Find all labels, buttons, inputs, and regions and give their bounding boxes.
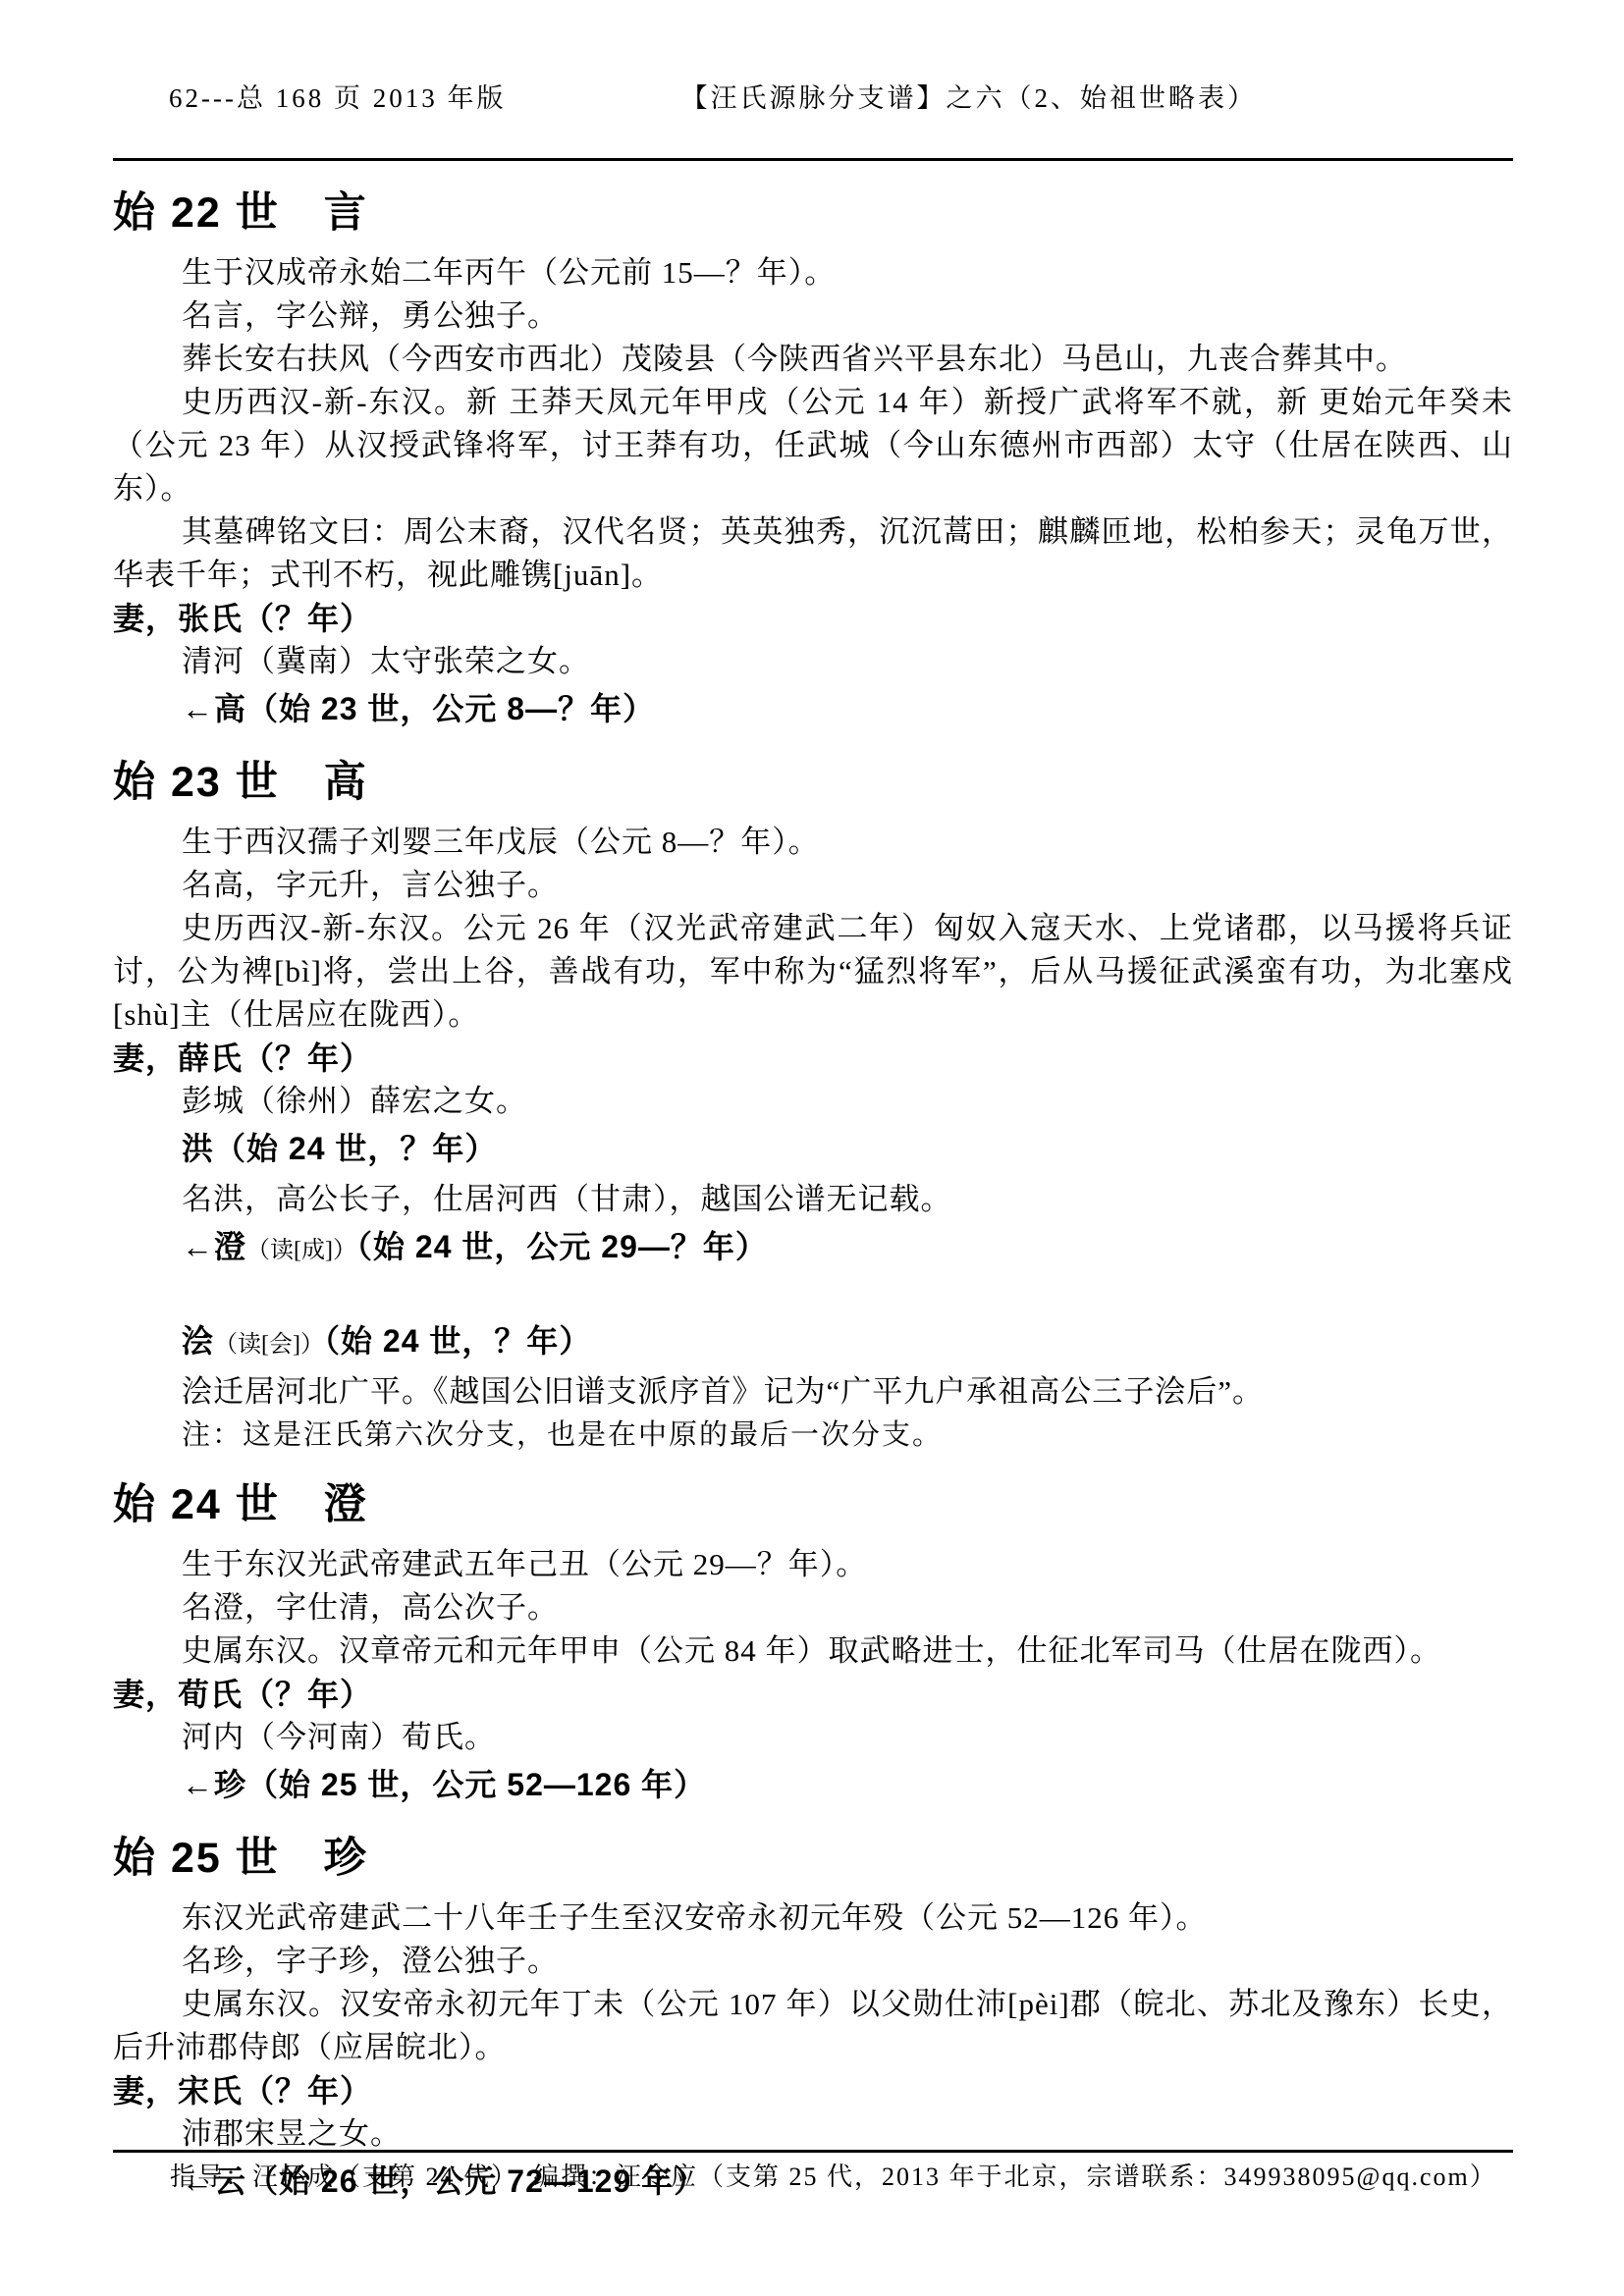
- gen-23-heading: 始 23 世 高: [113, 760, 1513, 805]
- gen-24-heading: 始 24 世 澄: [113, 1482, 1513, 1527]
- gen-24-history-line: 史属东汉。汉章帝元和元年甲申（公元 84 年）取武略进士，仕征北军司马（仕居在陇…: [113, 1629, 1513, 1673]
- gen-25-spouse-heading: 妻，宋氏（？年）: [113, 2069, 1513, 2112]
- gen-24-birth-line: 生于东汉光武帝建武五年己丑（公元 29—？年）。: [113, 1543, 1513, 1586]
- gen-22-heir-line: ←高（始 23 世，公元 8—？年）: [113, 687, 1513, 734]
- gen-24-heir-line: ←珍（始 25 世，公元 52—126 年）: [113, 1763, 1513, 1810]
- gen-23-birth-line: 生于西汉孺子刘婴三年戊辰（公元 8—？年）。: [113, 821, 1513, 864]
- gen-22-history-line: 史历西汉-新-东汉。新 王莽天凤元年甲戌（公元 14 年）新授广武将军不就，新 …: [113, 381, 1513, 510]
- heir-detail: （始 23 世，公元 8—？年）: [246, 691, 655, 726]
- gen-23-heir-cheng-line: ←澄（读[成]）（始 24 世，公元 29—？年）: [113, 1225, 1513, 1272]
- gen-24-spouse-heading: 妻，荀氏（？年）: [113, 1673, 1513, 1716]
- heir-detail: （始 25 世，公元 52—126 年）: [246, 1767, 706, 1802]
- gen-22-birth-line: 生于汉成帝永始二年丙午（公元前 15—？年）。: [113, 251, 1513, 294]
- gen-23-spouse-origin-line: 彭城（徐州）薛宏之女。: [113, 1080, 1513, 1123]
- gen-23-branch-note: 注：这是汪氏第六次分支，也是在中原的最后一次分支。: [113, 1414, 1513, 1457]
- gen-22-burial-line: 葬长安右扶风（今西安市西北）茂陵县（今陕西省兴平县东北）马邑山，九丧合葬其中。: [113, 338, 1513, 381]
- heir-detail: （始 24 世，公元 29—？年）: [356, 1229, 768, 1264]
- gen-25-birth-line: 东汉光武帝建武二十八年壬子生至汉安帝永初元年殁（公元 52—126 年）。: [113, 1896, 1513, 1940]
- gen-22-name-line: 名言，字公辩，勇公独子。: [113, 294, 1513, 338]
- document-title: 【汪氏源脉分支谱】之六（2、始祖世略表）: [680, 83, 1257, 113]
- reading-annotation: （读[会]）: [214, 1332, 324, 1358]
- heir-name: ←高: [182, 691, 246, 726]
- gen-25-history-line: 史属东汉。汉安帝永初元年丁未（公元 107 年）以父勋仕沛[pèi]郡（皖北、苏…: [113, 1983, 1513, 2069]
- gen-25-name-line: 名珍，字子珍，澄公独子。: [113, 1940, 1513, 1983]
- header-rule: [113, 158, 1513, 161]
- section-gen-24: 始 24 世 澄 生于东汉光武帝建武五年己丑（公元 29—？年）。 名澄，字仕清…: [113, 1482, 1513, 1810]
- gen-22-heading: 始 22 世 言: [113, 190, 1513, 236]
- gen-22-spouse-origin-line: 清河（冀南）太守张荣之女。: [113, 640, 1513, 683]
- gen-23-son-hong-line: 洪（始 24 世，？年）: [113, 1127, 1513, 1174]
- gen-23-spouse-heading: 妻，薛氏（？年）: [113, 1037, 1513, 1080]
- gen-23-history-line: 史历西汉-新-东汉。公元 26 年（汉光武帝建武二年）匈奴入寇天水、上党诸郡，以…: [113, 907, 1513, 1037]
- heir-name: ←珍: [182, 1767, 246, 1802]
- genealogy-document-page: 62---总 168 页 2013 年版 【汪氏源脉分支谱】之六（2、始祖世略表…: [0, 0, 1624, 2296]
- page-header: 62---总 168 页 2013 年版 【汪氏源脉分支谱】之六（2、始祖世略表…: [113, 83, 1513, 113]
- gen-22-epitaph-line: 其墓碑铭文曰：周公末裔，汉代名贤；英英独秀，沉沉蒿田；麒麟匝地，松柏参天；灵龟万…: [113, 510, 1513, 597]
- gen-23-name-line: 名高，字元升，言公独子。: [113, 864, 1513, 907]
- page-footer: 指导：汪怀成（支第 24 代） 编撰：汪令应（支第 25 代，2013 年于北京…: [170, 2162, 1497, 2193]
- gen-23-son-kuai-note: 浍迁居河北广平。《越国公旧谱支派序首》记为“广平九户承祖高公三子浍后”。: [113, 1370, 1513, 1414]
- gen-25-heading: 始 25 世 珍: [113, 1836, 1513, 1881]
- page-number: 62---总 168 页 2013 年版: [169, 83, 506, 113]
- gen-23-son-hong-note: 名洪，高公长子，仕居河西（甘肃），越国公谱无记载。: [113, 1178, 1513, 1221]
- section-gen-22: 始 22 世 言 生于汉成帝永始二年丙午（公元前 15—？年）。 名言，字公辩，…: [113, 190, 1513, 734]
- heir-name: ←澄: [182, 1229, 246, 1264]
- son-name: 浍: [182, 1323, 214, 1359]
- footer-rule: [113, 2150, 1513, 2153]
- son-name: 洪: [182, 1131, 214, 1166]
- reading-annotation: （读[成]）: [246, 1238, 356, 1263]
- gen-23-son-kuai-line: 浍（读[会]）（始 24 世，？年）: [113, 1319, 1513, 1366]
- gen-22-spouse-heading: 妻，张氏（？年）: [113, 597, 1513, 640]
- son-detail: （始 24 世，？年）: [214, 1131, 497, 1166]
- gen-24-name-line: 名澄，字仕清，高公次子。: [113, 1586, 1513, 1629]
- son-detail: （始 24 世，？年）: [324, 1323, 591, 1359]
- gen-24-spouse-origin-line: 河内（今河南）荀氏。: [113, 1716, 1513, 1759]
- section-gen-23: 始 23 世 高 生于西汉孺子刘婴三年戊辰（公元 8—？年）。 名高，字元升，言…: [113, 760, 1513, 1457]
